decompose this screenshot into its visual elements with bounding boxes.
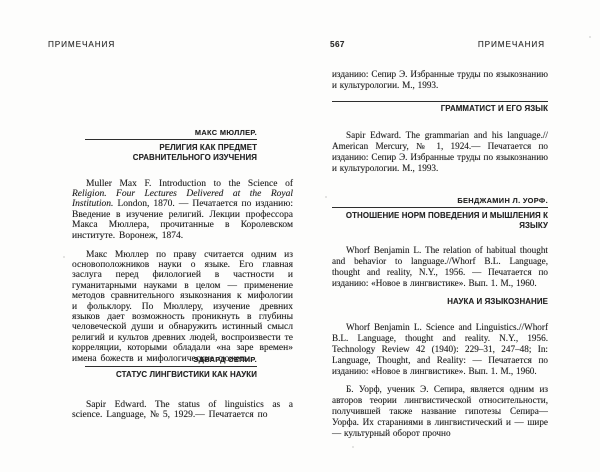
section-author: БЕНДЖАМИН Л. УОРФ. [332,196,548,208]
section-author: ЭДВАРД СЕПИР. [85,355,257,367]
section-title: СТАТУС ЛИНГВИСТИКИ КАК НАУКИ [85,370,257,380]
section-heading-sapir-status: ЭДВАРД СЕПИР. СТАТУС ЛИНГВИСТИКИ КАК НАУ… [85,355,257,380]
bib-entry-muller: Muller Max F. Introduction to the Scienc… [72,179,293,241]
left-page-column: МАКС МЮЛЛЕР. РЕЛИГИЯ КАК ПРЕДМЕТ СРАВНИТ… [72,0,293,472]
section-heading-science-linguistics: НАУКА И ЯЗЫКОЗНАНИЕ [332,296,548,307]
section-heading-grammarian: ГРАММАТИСТ И ЕГО ЯЗЫК [332,100,548,114]
section-title: ГРАММАТИСТ И ЕГО ЯЗЫК [332,101,548,114]
right-page-column: изданию: Сепир Э. Избранные труды по язы… [332,0,548,472]
section-title: РЕЛИГИЯ КАК ПРЕДМЕТ СРАВНИТЕЛЬНОГО ИЗУЧЕ… [85,143,257,162]
scan-speck [325,196,327,198]
scan-speck [589,36,591,38]
scan-speck [63,256,65,258]
section-title: ОТНОШЕНИЕ НОРМ ПОВЕДЕНИЯ И МЫШЛЕНИЯ К ЯЗ… [332,211,548,230]
section-heading-muller: МАКС МЮЛЛЕР. РЕЛИГИЯ КАК ПРЕДМЕТ СРАВНИТ… [85,128,257,162]
section-title: НАУКА И ЯЗЫКОЗНАНИЕ [332,297,548,307]
section-author: МАКС МЮЛЛЕР. [85,128,257,140]
bib-entry-sapir-status: Sapir Edward. The status of linguistics … [72,400,293,421]
scan-speck [352,446,354,448]
bib-entry-whorf-habitual: Whorf Benjamin L. The relation of habitu… [332,245,548,289]
note-whorf: Б. Уорф, ученик Э. Сепира, является одни… [332,384,548,439]
bib-entry-science-linguistics: Whorf Benjamin L. Science and Linguistic… [332,322,548,377]
bib-entry-grammarian: Sapir Edward. The grammarian and his lan… [332,130,548,174]
continuation-paragraph: изданию: Сепир Э. Избранные труды по язы… [332,69,548,91]
scanned-book-spread: ПРИМЕЧАНИЯ 567 ПРИМЕЧАНИЯ МАКС МЮЛЛЕР. Р… [0,0,600,472]
note-muller: Макс Мюллер по праву считается одним из … [72,250,293,364]
section-heading-whorf-habitual: БЕНДЖАМИН Л. УОРФ. ОТНОШЕНИЕ НОРМ ПОВЕДЕ… [332,196,548,230]
